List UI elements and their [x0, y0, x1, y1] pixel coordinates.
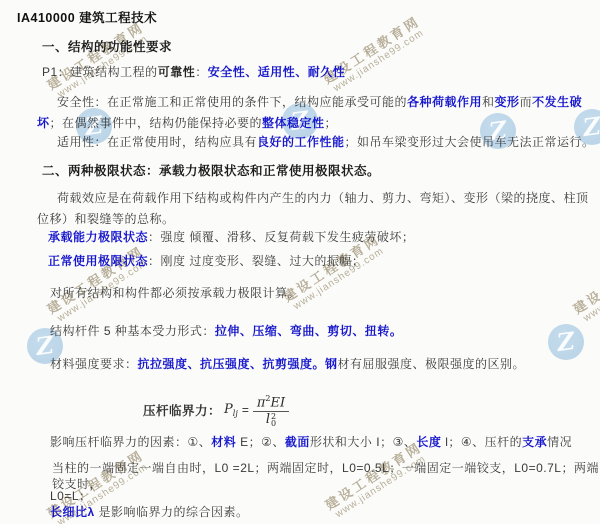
bearing-state-text: ：强度 倾覆、滑移、反复荷载下发生疲劳破坏；: [148, 230, 414, 244]
p1-reliability-term: 可靠性: [158, 65, 196, 79]
p1-attributes: 安全性、适用性、耐久性: [208, 65, 346, 79]
section-1-heading: 一、结构的功能性要求: [42, 37, 172, 55]
formula-p-base: P: [224, 402, 233, 417]
force-forms-text: 结构杆件 5 种基本受力形式：: [50, 324, 215, 338]
formula-EI: EI: [270, 395, 285, 410]
safety-paragraph: 安全性：在正常施工和正常使用的条件下，结构应能承受可能的各种荷载作用和变形而不发…: [37, 92, 594, 134]
formula-p-symbol: Plj: [224, 402, 238, 418]
safety-text: 而: [520, 95, 533, 109]
usability-text: ；如吊车梁变形过大会使吊车无法正常运行。: [345, 135, 595, 149]
usability-line: 适用性：在正常使用时，结构应具有良好的工作性能；如吊车梁变形过大会使吊车无法正常…: [57, 134, 595, 150]
material-strength-line: 材料强度要求：抗拉强度、抗压强度、抗剪强度。钢材有屈服强度、极限强度的区别。: [50, 356, 525, 372]
bearing-state-term: 承载能力极限状态: [48, 230, 148, 244]
all-members-line: 对所有结构和构件都必须按承载力极限计算。: [50, 285, 300, 301]
factors-support: 支承: [522, 435, 547, 449]
service-state-line: 正常使用极限状态：刚度 过度变形、裂缝、过大的振幅；: [48, 253, 364, 269]
p1-prefix: P1：建筑结构工程的: [42, 65, 158, 79]
factors-text: 影响压杆临界力的因素：①、: [50, 435, 211, 449]
safety-text: ；在偶然事件中，结构仍能保持必要的: [50, 116, 263, 130]
force-forms-highlight: 拉伸、压缩、弯曲、剪切、扭转。: [215, 324, 403, 338]
formula-equals-sign: =: [241, 403, 250, 417]
safety-highlight-deformation: 变形: [495, 95, 520, 109]
formula-l-subscript: 0: [271, 420, 276, 427]
formula-label: 压杆临界力：: [143, 401, 221, 419]
safety-highlight-loads: 各种荷载作用: [407, 95, 482, 109]
safety-text: ；: [325, 116, 338, 130]
service-state-term: 正常使用极限状态: [48, 254, 148, 268]
slenderness-term: 长细比λ: [50, 505, 95, 519]
critical-force-formula: 压杆临界力： Plj = π2EI l20: [143, 392, 289, 427]
formula-l-base: l: [266, 413, 270, 427]
formula-l-scripts: 20: [271, 413, 276, 427]
load-effect-paragraph: 荷载效应是在荷载作用下结构或构件内产生的内力（轴力、剪力、弯矩）、变形（梁的挠度…: [37, 188, 594, 230]
force-forms-line: 结构杆件 5 种基本受力形式：拉伸、压缩、弯曲、剪切、扭转。: [50, 323, 402, 339]
critical-force-factors-line: 影响压杆临界力的因素：①、材料 E；②、截面形状和大小 I；③、长度 l；④、压…: [50, 434, 572, 450]
factors-text: 形状和大小 I；③、: [310, 435, 416, 449]
usability-text: 适用性：在正常使用时，结构应具有: [57, 135, 257, 149]
slenderness-text: 是影响临界力的综合因素。: [95, 505, 249, 519]
factors-text: E；②、: [236, 435, 285, 449]
safety-text: 和: [482, 95, 495, 109]
page-title: IA410000 建筑工程技术: [17, 8, 157, 26]
section-2-heading: 二、两种极限状态：承载力极限状态和正常使用极限状态。: [42, 161, 380, 179]
formula-denominator: l20: [266, 412, 276, 427]
usability-highlight: 良好的工作性能: [257, 135, 345, 149]
formula-fraction: π2EI l20: [253, 392, 289, 427]
material-highlight: 抗拉强度、抗压强度、抗剪强度。钢: [138, 357, 338, 371]
service-state-text: ：刚度 过度变形、裂缝、过大的振幅；: [148, 254, 364, 268]
safety-text: 安全性：在正常施工和正常使用的条件下，结构应能承受可能的: [57, 95, 407, 109]
formula-numerator: π2EI: [253, 392, 289, 412]
bearing-capacity-state-line: 承载能力极限状态：强度 倾覆、滑移、反复荷载下发生疲劳破坏；: [48, 229, 414, 245]
material-text: 材有屈服强度、极限强度的区别。: [338, 357, 526, 371]
factors-length: 长度: [416, 435, 441, 449]
document-page: IA410000 建筑工程技术 一、结构的功能性要求 P1：建筑结构工程的可靠性…: [0, 0, 600, 524]
safety-highlight-stability: 整体稳定性: [262, 116, 325, 130]
p1-reliability-line: P1：建筑结构工程的可靠性：安全性、适用性、耐久性: [42, 64, 345, 80]
l0-line: L0=L；: [50, 488, 92, 504]
factors-text: 情况: [547, 435, 572, 449]
factors-section: 截面: [285, 435, 310, 449]
factors-material: 材料: [211, 435, 236, 449]
column-cases-line: 当柱的一端固定一端自由时，L0 =2L；两端固定时，L0=0.5L；一端固定一端…: [52, 460, 600, 492]
material-text: 材料强度要求：: [50, 357, 138, 371]
p1-colon: ：: [195, 65, 208, 79]
formula-p-subscript: lj: [233, 409, 238, 418]
slenderness-line: 长细比λ 是影响临界力的综合因素。: [50, 504, 249, 520]
factors-text: l；④、压杆的: [441, 435, 522, 449]
